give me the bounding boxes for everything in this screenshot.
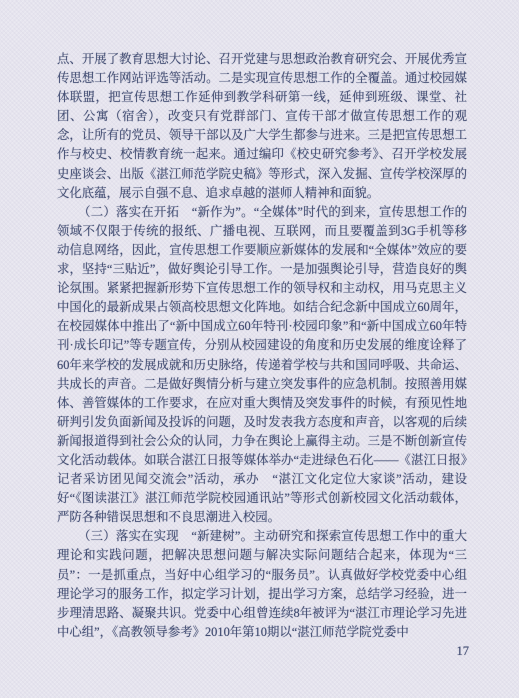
page-number: 17 (457, 644, 470, 658)
paragraph: （三）落实在实现 “新建树”。主动研究和探索宣传思想工作中的重大理论和实践问题，… (57, 527, 467, 642)
paragraph: （二）落实在开拓 “新作为”。“全媒体”时代的到来，宣传思想工作的领域不仅限于传… (57, 203, 467, 528)
page-text: 点、开展了教育思想大讨论、召开党建与思想政治教育研究会、开展优秀宣传思想工作网站… (57, 50, 467, 642)
paragraph: 点、开展了教育思想大讨论、召开党建与思想政治教育研究会、开展优秀宣传思想工作网站… (57, 50, 467, 203)
